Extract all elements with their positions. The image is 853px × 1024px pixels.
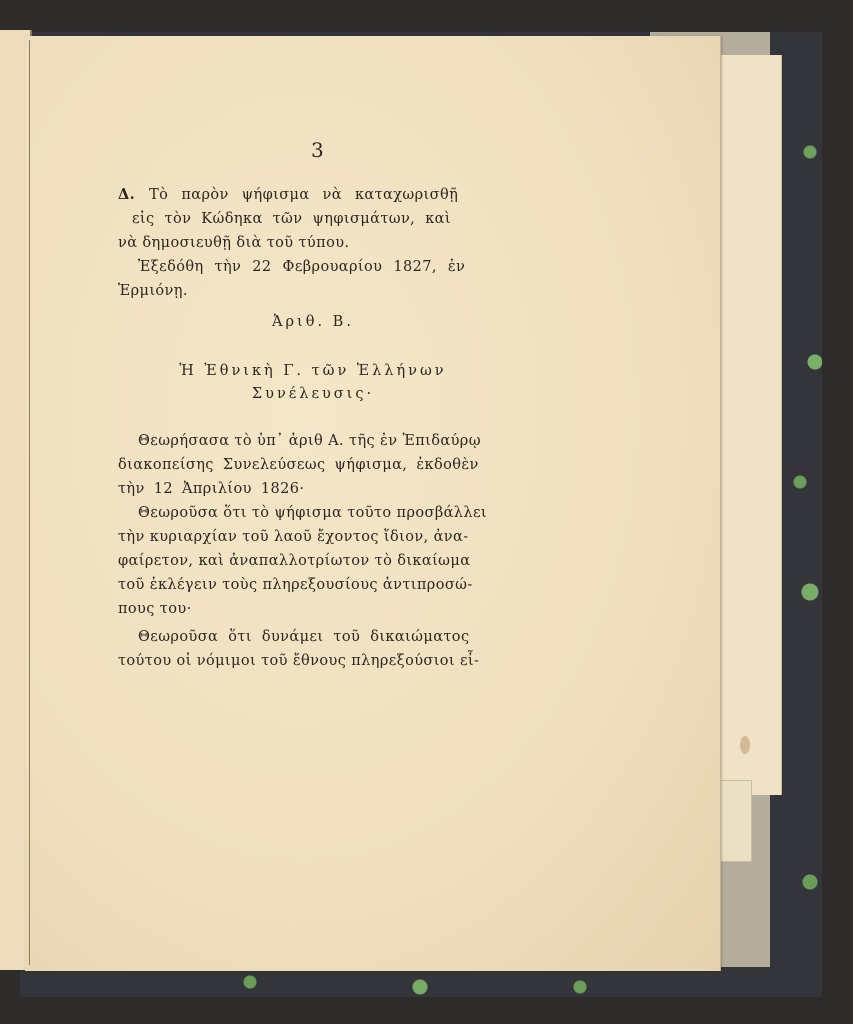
issued-line-1: Ἐξεδόθη τὴν 22 Φεβρουαρίου 1827, ἐν	[138, 256, 465, 278]
body-line-4: Θεωροῦσα ὅτι τὸ ψήφισμα τοῦτο προσβάλλει	[138, 502, 487, 524]
page-number: 3	[311, 138, 324, 162]
assembly-title-line-1: Ἡ Ἐθνικὴ Γ. τῶν Ἑλλήνων	[118, 360, 508, 382]
body-line-6: φαίρετον, καὶ ἀναπαλλοτρίωτον τὸ δικαίωμ…	[118, 550, 470, 572]
body-line-5: τὴν κυριαρχίαν τοῦ λαοῦ ἔχοντος ἴδιον, ἀ…	[118, 526, 469, 548]
assembly-title-line-2: Συνέλευσις·	[118, 383, 508, 405]
paragraph-a-line-1: Δ. Τὸ παρὸν ψήφισμα νὰ καταχωρισθῇ	[118, 184, 498, 206]
body-line-7: τοῦ ἐκλέγειν τοὺς πληρεξουσίους ἀντιπροσ…	[118, 574, 473, 596]
foxing-stain	[740, 736, 750, 754]
number-heading: Ἀριθ. Β.	[118, 311, 508, 333]
body-line-2: διακοπείσης Συνελεύσεως ψήφισμα, ἐκδοθὲν	[118, 454, 479, 476]
body-line-9: Θεωροῦσα ὅτι δυνάμει τοῦ δικαιώματος	[138, 626, 469, 648]
binding-thread	[29, 40, 30, 965]
paragraph-marker: Δ.	[118, 184, 135, 206]
body-line-1: Θεωρήσασα τὸ ὑπ᾽ ἀριθ Α. τῆς ἐν Ἐπιδαύρῳ	[138, 430, 481, 452]
issued-line-2: Ἑρμιόνῃ.	[118, 280, 188, 302]
body-line-3: τὴν 12 Ἀπριλίου 1826·	[118, 478, 304, 500]
paragraph-a-line-3: νὰ δημοσιευθῇ διὰ τοῦ τύπου.	[118, 232, 349, 254]
paragraph-a-line-2: εἰς τὸν Κώδηκα τῶν ψηφισμάτων, καὶ	[132, 208, 451, 230]
body-line-8: πους του·	[118, 598, 192, 620]
body-line-10: τούτου οἱ νόμιμοι τοῦ ἔθνους πληρεξούσιο…	[118, 650, 479, 672]
